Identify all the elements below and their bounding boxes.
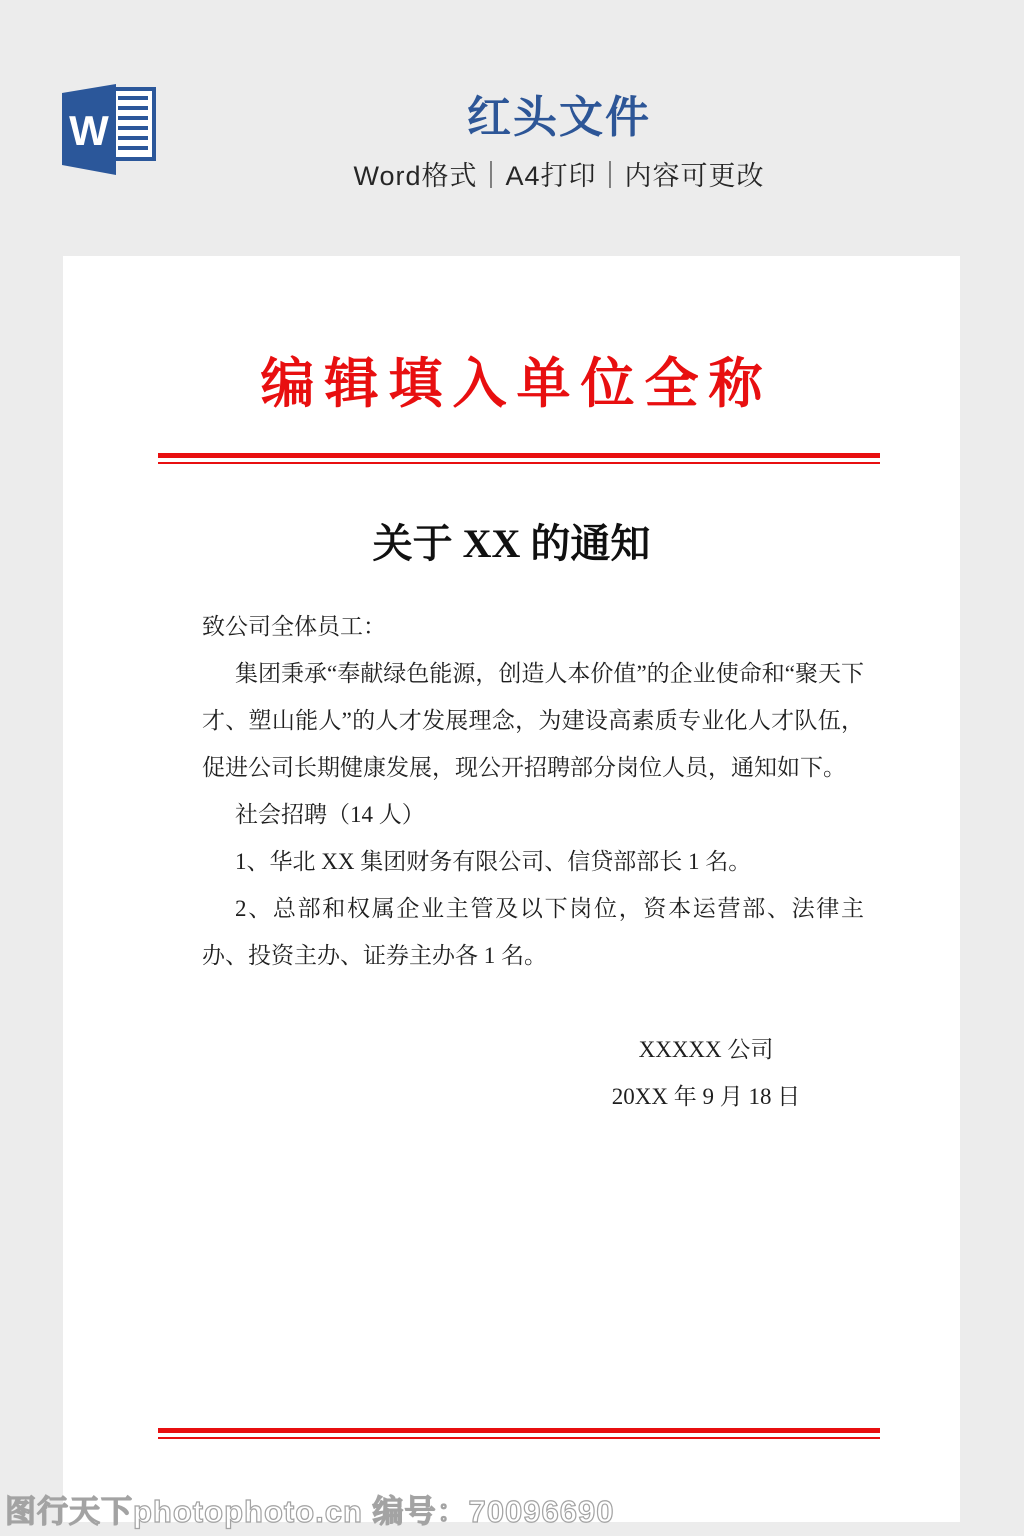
document-page: 编辑填入单位全称 关于 XX 的通知 致公司全体员工： 集团秉承“奉献绿色能源，… <box>63 256 960 1522</box>
signature-block: XXXXX 公司 20XX 年 9 月 18 日 <box>571 1026 841 1120</box>
signature-company: XXXXX 公司 <box>571 1026 841 1073</box>
template-subtitle: Word格式｜A4打印｜内容可更改 <box>94 154 1024 193</box>
rule-thin-line <box>158 1437 880 1439</box>
watermark-text: 图行天下photophoto.cn 编号：70096690 <box>5 1486 614 1531</box>
body-paragraph: 集团秉承“奉献绿色能源，创造人本价值”的企业使命和“聚天下才、塑山能人”的人才发… <box>202 650 864 791</box>
letterhead-title: 编辑填入单位全称 <box>63 352 960 416</box>
rule-thin-line <box>158 462 880 464</box>
salutation: 致公司全体员工： <box>202 603 864 650</box>
rule-thick-line <box>158 453 880 458</box>
notice-title: 关于 XX 的通知 <box>63 512 960 569</box>
letterhead-double-rule <box>158 453 880 464</box>
footer-double-rule <box>158 1428 880 1439</box>
notice-body: 致公司全体员工： 集团秉承“奉献绿色能源，创造人本价值”的企业使命和“聚天下才、… <box>202 603 864 979</box>
body-paragraph: 1、华北 XX 集团财务有限公司、信贷部部长 1 名。 <box>202 838 864 885</box>
body-paragraph: 社会招聘（14 人） <box>202 791 864 838</box>
template-header: W 红头文件 Word格式｜A4打印｜内容可更改 <box>0 0 1024 256</box>
signature-date: 20XX 年 9 月 18 日 <box>571 1073 841 1120</box>
rule-thick-line <box>158 1428 880 1433</box>
template-title: 红头文件 <box>94 92 1024 144</box>
body-paragraph: 2、总部和权属企业主管及以下岗位，资本运营部、法律主办、投资主办、证券主办各 1… <box>202 885 864 979</box>
